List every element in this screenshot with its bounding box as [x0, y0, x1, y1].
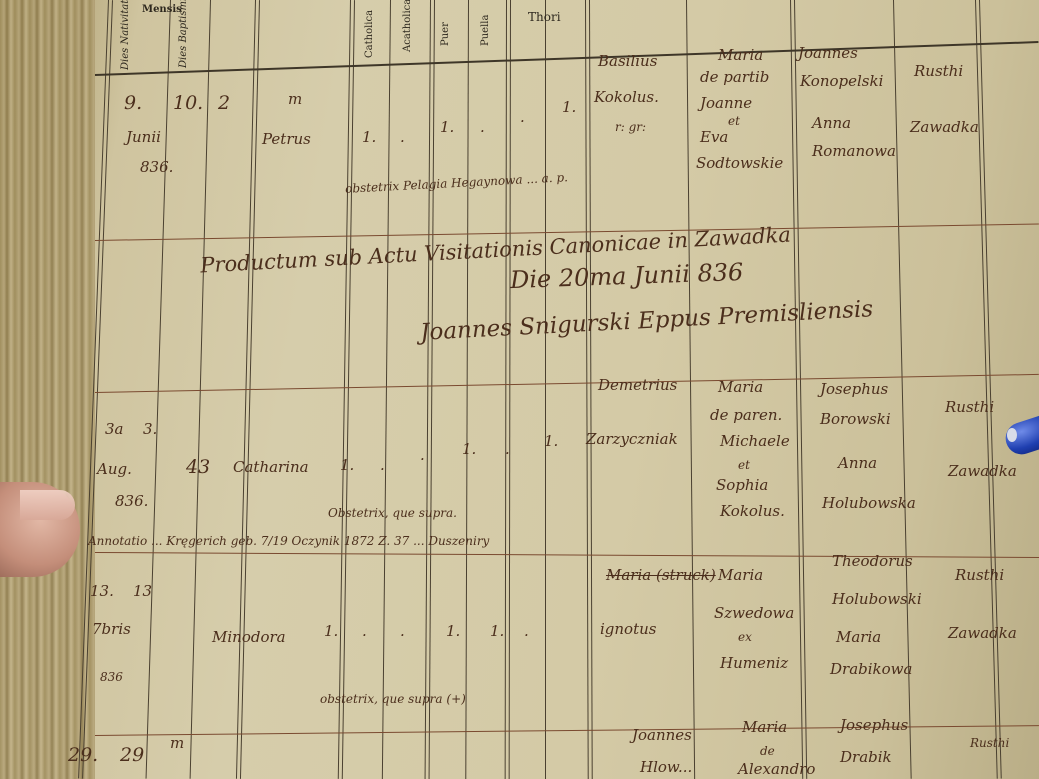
- entry2-godparent: Borowski: [820, 410, 891, 428]
- entry1-mark: .: [480, 118, 485, 136]
- entry2-month: Aug.: [97, 460, 132, 478]
- entry1-mark: 1.: [362, 128, 376, 146]
- entry4-baptism-day: 29: [120, 744, 144, 766]
- entry3-birth-day: 13.: [90, 582, 114, 600]
- entry3-mother-line: Szwedowa: [714, 604, 794, 622]
- entry2-child-name: Catharina: [233, 458, 309, 476]
- entry1-mother-line: Maria: [718, 46, 763, 64]
- entry3-year: 836: [100, 670, 123, 684]
- entry4-name-mark: m: [170, 734, 184, 752]
- header-rule: [95, 41, 1038, 76]
- header-dies-nativitatis: Dies Nativitatis: [120, 0, 131, 70]
- entry2-mark: 1.: [462, 440, 476, 458]
- column-rule: [382, 0, 391, 779]
- register-page: Dies Nativitatis Dies Baptismi Mensis Ca…: [0, 0, 1039, 779]
- entry1-father-line: Kokolus.: [594, 88, 659, 106]
- header-puer: Puer: [440, 22, 451, 46]
- entry3-godparent: Theodorus: [832, 552, 913, 570]
- entry2-baptizer: Zawadka: [948, 462, 1017, 480]
- entry2-mother-line: et: [738, 458, 750, 472]
- entry1-godparent: Anna: [812, 114, 851, 132]
- entry3-baptizer: Rusthi: [955, 566, 1004, 584]
- entry1-mark: 1.: [440, 118, 454, 136]
- entry1-name-mark: m: [288, 90, 302, 108]
- entry2-house: 43: [186, 456, 210, 478]
- column-rule: [146, 0, 171, 779]
- page-stack-edges: [0, 0, 95, 779]
- column-rule: [686, 0, 695, 779]
- column-rule: [790, 0, 807, 779]
- entry2-godparent: Anna: [838, 454, 877, 472]
- entry3-father-line: ignotus: [600, 620, 656, 638]
- entry1-father-line: Basilius: [598, 52, 657, 70]
- entry4-father-line: Joannes: [632, 726, 692, 744]
- visitation-signature: Joannes Snigurski Eppus Premisliensis: [420, 296, 874, 346]
- entry1-mark: .: [520, 108, 525, 126]
- entry3-mark: 1.: [324, 622, 338, 640]
- entry4-father-line: Hlow...: [640, 758, 692, 776]
- entry2-year: 836.: [115, 492, 148, 510]
- entry2-mother-line: Michaele: [720, 432, 790, 450]
- entry1-house: 2: [218, 92, 230, 114]
- entry1-mother-line: Eva: [700, 128, 728, 146]
- entry2-margin-note: Annotatio ... Kręgerich geb. 7/19 Oczyni…: [88, 534, 489, 548]
- column-rule: [585, 0, 593, 779]
- entry4-mother-line: Maria: [742, 718, 787, 736]
- entry1-mother-line: Joanne: [700, 94, 752, 112]
- entry3-godparent: Maria: [836, 628, 881, 646]
- entry1-baptizer: Rusthi: [914, 62, 963, 80]
- entry2-godparent: Holubowska: [822, 494, 916, 512]
- entry1-godparent: Joannes: [798, 44, 858, 62]
- entry1-baptism-day: 10.: [173, 92, 203, 114]
- entry3-baptizer: Zawadka: [948, 624, 1017, 642]
- entry1-month: Junii: [126, 128, 161, 146]
- entry1-godparent: Romanowa: [812, 142, 896, 160]
- header-thori: Thori: [528, 10, 561, 24]
- entry2-note: Obstetrix, que supra.: [328, 506, 457, 520]
- entry3-mark: .: [524, 622, 529, 640]
- entry4-birth-day: 29.: [68, 744, 98, 766]
- entry3-baptism-day: 13: [133, 582, 152, 600]
- entry2-mark: 1.: [544, 432, 558, 450]
- entry3-mother-line: ex: [738, 630, 752, 644]
- entry2-godparent: Josephus: [820, 380, 888, 398]
- entry3-mark: 1.: [490, 622, 504, 640]
- entry4-baptizer: Rusthi: [970, 736, 1009, 750]
- entry1-note: obstetrix Pelagia Hegaynowa ... a. p.: [345, 170, 568, 196]
- entry1-year: 836.: [140, 158, 173, 176]
- entry1-birth-day: 9.: [124, 92, 142, 114]
- entry2-mark: .: [380, 456, 385, 474]
- entry3-child-name: Minodora: [212, 628, 286, 646]
- header-puella: Puella: [480, 15, 491, 46]
- entry3-mother-line: Maria: [718, 566, 763, 584]
- entry3-month: 7bris: [92, 620, 131, 638]
- fingernail: [20, 490, 75, 520]
- entry2-birth-day: 3a: [105, 420, 124, 438]
- header-mensis: Mensis: [142, 4, 182, 15]
- entry3-mark: .: [362, 622, 367, 640]
- entry1-mother-line: et: [728, 114, 740, 128]
- entry2-father-line: Zarzyczniak: [586, 430, 678, 448]
- entry3-mark: 1.: [446, 622, 460, 640]
- entry1-mother-line: Sodtowskie: [696, 154, 783, 172]
- entry3-mother-line: Humeniz: [720, 654, 788, 672]
- entry2-mark: .: [420, 446, 425, 464]
- entry2-mother-line: de paren.: [710, 406, 782, 424]
- entry2-baptizer: Rusthi: [945, 398, 994, 416]
- entry4-godparent: Drabik: [840, 748, 892, 766]
- entry2-mother-line: Sophia: [716, 476, 768, 494]
- header-catholica: Catholica: [364, 10, 375, 58]
- entry1-godparent: Konopelski: [800, 72, 883, 90]
- entry2-mark: .: [505, 440, 510, 458]
- entry1-mother-line: de partib: [700, 68, 769, 86]
- entry2-mother-line: Kokolus.: [720, 502, 785, 520]
- column-rule: [338, 0, 355, 779]
- row-rule: [95, 374, 1039, 393]
- entry3-note: obstetrix, que supra (+): [320, 692, 466, 706]
- entry1-child-name: Petrus: [262, 130, 311, 148]
- entry3-father-struck: Maria (struck): [606, 566, 716, 584]
- entry2-baptism-day: 3.: [143, 420, 157, 438]
- entry1-father-line: r: gr:: [615, 120, 646, 134]
- entry2-mark: 1.: [340, 456, 354, 474]
- entry1-mark: 1.: [562, 98, 576, 116]
- entry4-godparent: Josephus: [840, 716, 908, 734]
- entry4-mother-line: de: [760, 744, 775, 758]
- entry1-mark: .: [400, 128, 405, 146]
- column-rule: [975, 0, 1002, 779]
- entry4-mother-line: Alexandro: [738, 760, 815, 778]
- pen-highlight: [1007, 428, 1017, 442]
- entry3-mark: .: [400, 622, 405, 640]
- entry1-baptizer: Zawadka: [910, 118, 979, 136]
- column-rule: [425, 0, 435, 779]
- entry3-godparent: Holubowski: [832, 590, 922, 608]
- entry2-father-line: Demetrius: [598, 376, 677, 394]
- column-rule: [545, 0, 546, 779]
- entry3-godparent: Drabikowa: [830, 660, 912, 678]
- header-acatholica: Acatholica: [402, 0, 413, 52]
- column-rule: [505, 0, 511, 779]
- entry2-mother-line: Maria: [718, 378, 763, 396]
- column-rule: [465, 0, 469, 779]
